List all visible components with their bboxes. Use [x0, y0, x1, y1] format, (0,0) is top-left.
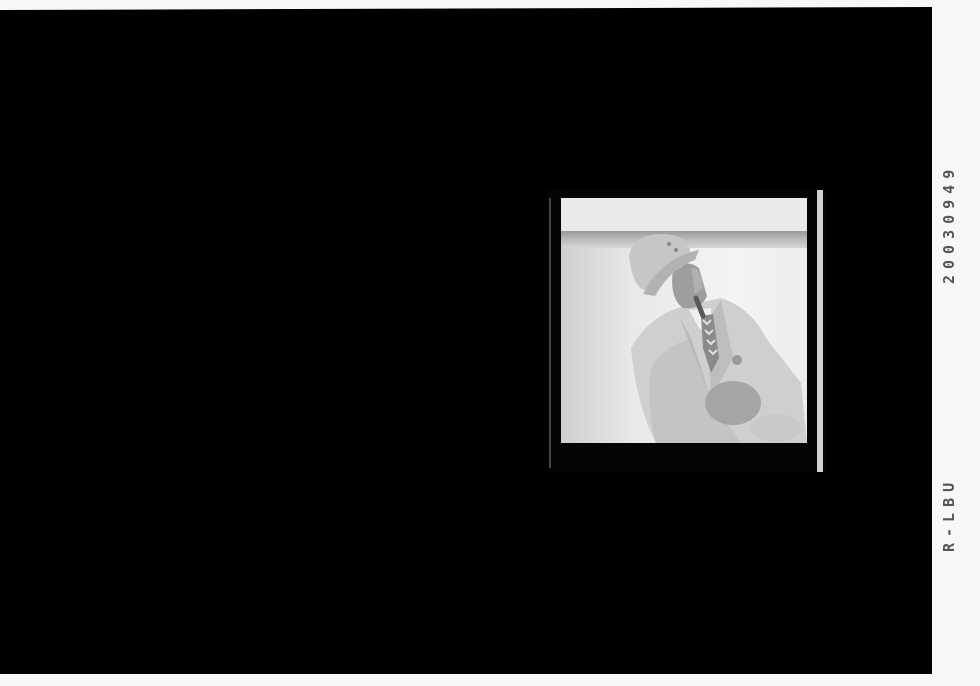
man-portrait [561, 198, 807, 443]
film-edge-left [549, 198, 551, 468]
photograph [561, 198, 807, 443]
code-label: R-LBU [940, 477, 958, 552]
film-edge-highlight [817, 190, 823, 472]
catalog-number-label: 20030949 [940, 164, 958, 284]
